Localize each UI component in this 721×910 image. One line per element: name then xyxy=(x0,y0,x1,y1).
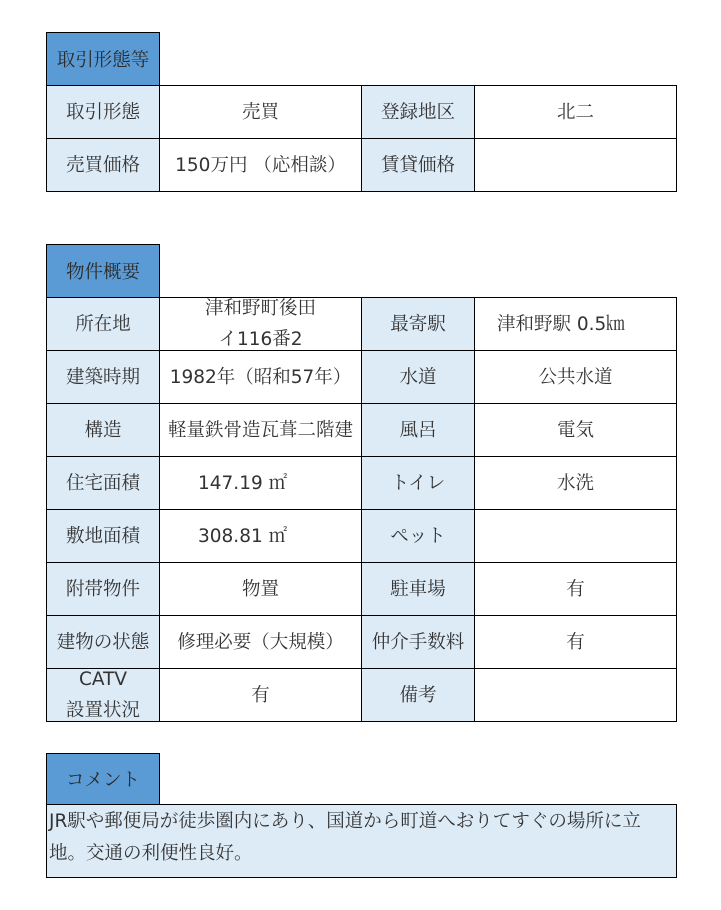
address-label: 所在地 xyxy=(47,298,160,351)
building-condition-label: 建物の状態 xyxy=(47,616,160,669)
toilet-value: 水洗 xyxy=(475,457,677,510)
nearest-station-value: 津和野駅 0.5㎞ xyxy=(475,298,677,351)
ancillary-value: 物置 xyxy=(160,563,362,616)
registered-district-value: 北二 xyxy=(475,86,677,139)
ancillary-label: 附帯物件 xyxy=(47,563,160,616)
water-supply-value: 公共水道 xyxy=(475,351,677,404)
structure-label: 構造 xyxy=(47,404,160,457)
floor-area-label: 住宅面積 xyxy=(47,457,160,510)
sale-price-label: 売買価格 xyxy=(47,139,160,192)
rent-price-value xyxy=(475,139,677,192)
catv-label: CATV 設置状況 xyxy=(47,669,160,722)
sale-price-value: 150万円 （応相談） xyxy=(160,139,362,192)
transaction-type-label: 取引形態 xyxy=(47,86,160,139)
comment-text: JR駅や郵便局が徒歩圏内にあり、国道から町道へおりてすぐの場所に立地。交通の利便… xyxy=(46,804,677,878)
property-listing-sheet: 取引形態等 取引形態 売買 登録地区 北二 売買価格 150万円 （応相談） 賃… xyxy=(0,0,721,910)
transaction-section-title: 取引形態等 xyxy=(46,32,160,85)
parking-value: 有 xyxy=(475,563,677,616)
transaction-type-value: 売買 xyxy=(160,86,362,139)
toilet-label: トイレ xyxy=(362,457,475,510)
property-section-title: 物件概要 xyxy=(46,244,160,297)
brokerage-fee-label: 仲介手数料 xyxy=(362,616,475,669)
land-area-value: 308.81 ㎡ xyxy=(160,510,362,563)
property-table: 所在地 津和野町後田 イ116番2 最寄駅 津和野駅 0.5㎞ 建築時期 198… xyxy=(46,297,677,722)
registered-district-label: 登録地区 xyxy=(362,86,475,139)
water-supply-label: 水道 xyxy=(362,351,475,404)
build-date-label: 建築時期 xyxy=(47,351,160,404)
parking-label: 駐車場 xyxy=(362,563,475,616)
comment-section-title: コメント xyxy=(46,753,160,804)
transaction-table: 取引形態 売買 登録地区 北二 売買価格 150万円 （応相談） 賃貸価格 xyxy=(46,85,677,192)
address-value: 津和野町後田 イ116番2 xyxy=(160,298,362,351)
remarks-label: 備考 xyxy=(362,669,475,722)
land-area-label: 敷地面積 xyxy=(47,510,160,563)
build-date-value: 1982年（昭和57年） xyxy=(160,351,362,404)
bath-label: 風呂 xyxy=(362,404,475,457)
catv-value: 有 xyxy=(160,669,362,722)
floor-area-value: 147.19 ㎡ xyxy=(160,457,362,510)
structure-value: 軽量鉄骨造瓦葺二階建 xyxy=(160,404,362,457)
nearest-station-label: 最寄駅 xyxy=(362,298,475,351)
rent-price-label: 賃貸価格 xyxy=(362,139,475,192)
remarks-value xyxy=(475,669,677,722)
pets-label: ペット xyxy=(362,510,475,563)
building-condition-value: 修理必要（大規模） xyxy=(160,616,362,669)
bath-value: 電気 xyxy=(475,404,677,457)
pets-value xyxy=(475,510,677,563)
brokerage-fee-value: 有 xyxy=(475,616,677,669)
